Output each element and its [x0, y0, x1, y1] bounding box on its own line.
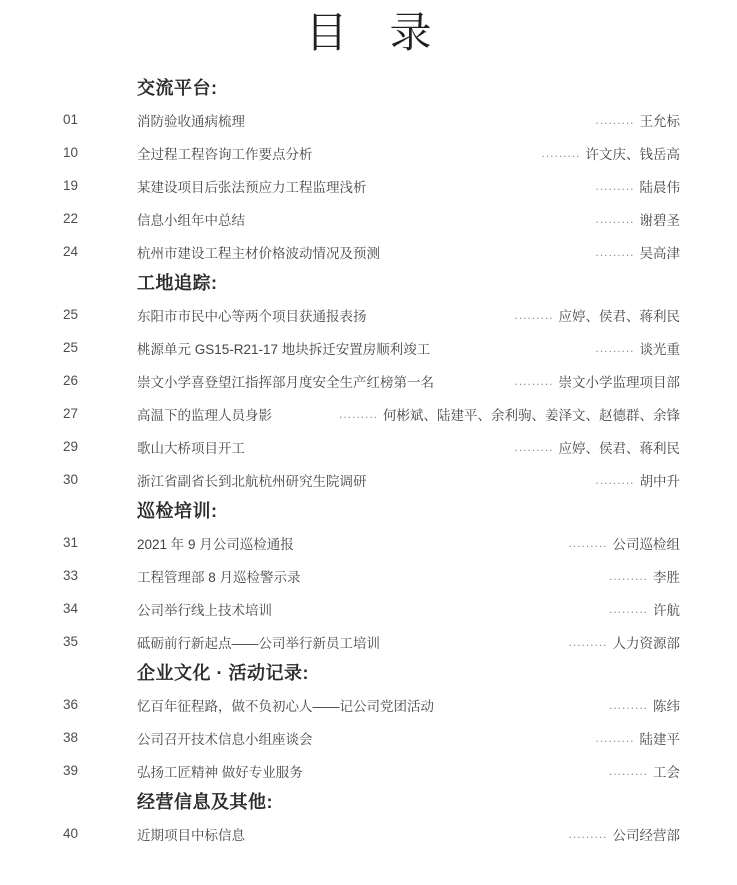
entry-page-number: 35	[63, 634, 137, 649]
entry-authors: 何彬斌、陆建平、余利驹、姜泽文、赵德群、余锋	[383, 404, 680, 424]
entry-title: 近期项目中标信息	[137, 824, 245, 844]
toc-page: 目 录 交流平台: 01 消防验收通病梳理 ......... 王允标 10 全…	[0, 0, 737, 885]
toc-entry: 19 某建设项目后张法预应力工程监理浅析 ......... 陆晨伟	[63, 169, 680, 202]
entry-authors: 陆晨伟	[640, 176, 681, 196]
toc-entry: 01 消防验收通病梳理 ......... 王允标	[63, 103, 680, 136]
entry-title: 崇文小学喜登望江指挥部月度安全生产红榜第一名	[137, 371, 434, 391]
toc-entry: 29 歌山大桥项目开工 ......... 应婷、侯君、蒋利民	[63, 430, 680, 463]
toc-entry: 27 高温下的监理人员身影 ......... 何彬斌、陆建平、余利驹、姜泽文、…	[63, 397, 680, 430]
leader-dots: .........	[595, 245, 634, 259]
toc-section-inspection-training: 巡检培训: 31 2021 年 9 月公司巡检通报 ......... 公司巡检…	[63, 496, 680, 658]
leader-dots: .........	[609, 602, 648, 616]
entry-authors: 公司经营部	[613, 824, 681, 844]
entry-authors: 应婷、侯君、蒋利民	[559, 437, 681, 457]
entry-page-number: 24	[63, 244, 137, 259]
entry-title: 浙江省副省长到北航杭州研究生院调研	[137, 470, 367, 490]
entry-authors: 王允标	[640, 110, 681, 130]
entry-page-number: 19	[63, 178, 137, 193]
section-header: 交流平台:	[63, 73, 680, 103]
entry-title: 信息小组年中总结	[137, 209, 245, 229]
toc-entry: 10 全过程工程咨询工作要点分析 ......... 许文庆、钱岳高	[63, 136, 680, 169]
toc-entry: 25 东阳市市民中心等两个项目获通报表扬 ......... 应婷、侯君、蒋利民	[63, 298, 680, 331]
entry-authors: 许航	[653, 599, 680, 619]
entry-title: 忆百年征程路，做不负初心人——记公司党团活动	[137, 695, 434, 715]
entry-title: 公司召开技术信息小组座谈会	[137, 728, 313, 748]
entry-title: 东阳市市民中心等两个项目获通报表扬	[137, 305, 367, 325]
leader-dots: .........	[609, 764, 648, 778]
entry-title: 某建设项目后张法预应力工程监理浅析	[137, 176, 367, 196]
leader-dots: .........	[514, 374, 553, 388]
entry-title: 2021 年 9 月公司巡检通报	[137, 533, 294, 553]
entry-authors: 陈纬	[653, 695, 680, 715]
toc-entry: 22 信息小组年中总结 ......... 谢碧圣	[63, 202, 680, 235]
entry-page-number: 33	[63, 568, 137, 583]
entry-authors: 许文庆、钱岳高	[586, 143, 681, 163]
toc-entry: 38 公司召开技术信息小组座谈会 ......... 陆建平	[63, 721, 680, 754]
leader-dots: .........	[339, 407, 378, 421]
entry-title: 全过程工程咨询工作要点分析	[137, 143, 313, 163]
section-header: 工地追踪:	[63, 268, 680, 298]
entry-authors: 吴高津	[640, 242, 681, 262]
toc-entry: 26 崇文小学喜登望江指挥部月度安全生产红榜第一名 ......... 崇文小学…	[63, 364, 680, 397]
toc-entry: 25 桃源单元 GS15-R21-17 地块拆迁安置房顺利竣工 ........…	[63, 331, 680, 364]
leader-dots: .........	[541, 146, 580, 160]
toc-entry: 36 忆百年征程路，做不负初心人——记公司党团活动 ......... 陈纬	[63, 688, 680, 721]
toc-section-exchange-platform: 交流平台: 01 消防验收通病梳理 ......... 王允标 10 全过程工程…	[63, 73, 680, 268]
entry-page-number: 01	[63, 112, 137, 127]
entry-title: 杭州市建设工程主材价格波动情况及预测	[137, 242, 380, 262]
entry-authors: 工会	[653, 761, 680, 781]
entry-page-number: 40	[63, 826, 137, 841]
toc-entry: 30 浙江省副省长到北航杭州研究生院调研 ......... 胡中升	[63, 463, 680, 496]
entry-title: 桃源单元 GS15-R21-17 地块拆迁安置房顺利竣工	[137, 338, 430, 358]
entry-page-number: 39	[63, 763, 137, 778]
entry-authors: 胡中升	[640, 470, 681, 490]
section-header: 企业文化 · 活动记录:	[63, 658, 680, 688]
toc-entry: 34 公司举行线上技术培训 ......... 许航	[63, 592, 680, 625]
page-title: 目 录	[0, 0, 737, 60]
entry-authors: 谢碧圣	[640, 209, 681, 229]
toc-entry: 35 砥砺前行新起点——公司举行新员工培训 ......... 人力资源部	[63, 625, 680, 658]
entry-authors: 人力资源部	[613, 632, 681, 652]
entry-page-number: 31	[63, 535, 137, 550]
entry-authors: 崇文小学监理项目部	[559, 371, 681, 391]
entry-title: 砥砺前行新起点——公司举行新员工培训	[137, 632, 380, 652]
entry-page-number: 30	[63, 472, 137, 487]
section-header: 巡检培训:	[63, 496, 680, 526]
entry-page-number: 25	[63, 340, 137, 355]
entry-authors: 陆建平	[640, 728, 681, 748]
entry-authors: 公司巡检组	[613, 533, 681, 553]
leader-dots: .........	[568, 827, 607, 841]
leader-dots: .........	[568, 536, 607, 550]
entry-page-number: 38	[63, 730, 137, 745]
leader-dots: .........	[595, 179, 634, 193]
leader-dots: .........	[595, 731, 634, 745]
section-header: 经营信息及其他:	[63, 787, 680, 817]
leader-dots: .........	[595, 473, 634, 487]
leader-dots: .........	[609, 698, 648, 712]
entry-title: 高温下的监理人员身影	[137, 404, 272, 424]
entry-page-number: 26	[63, 373, 137, 388]
leader-dots: .........	[595, 212, 634, 226]
entry-authors: 李胜	[653, 566, 680, 586]
entry-page-number: 36	[63, 697, 137, 712]
toc-entry: 31 2021 年 9 月公司巡检通报 ......... 公司巡检组	[63, 526, 680, 559]
entry-title: 工程管理部 8 月巡检警示录	[137, 566, 301, 586]
toc-section-culture-activities: 企业文化 · 活动记录: 36 忆百年征程路，做不负初心人——记公司党团活动 .…	[63, 658, 680, 787]
leader-dots: .........	[595, 113, 634, 127]
toc-section-site-tracking: 工地追踪: 25 东阳市市民中心等两个项目获通报表扬 ......... 应婷、…	[63, 268, 680, 496]
leader-dots: .........	[609, 569, 648, 583]
entry-page-number: 10	[63, 145, 137, 160]
entry-title: 歌山大桥项目开工	[137, 437, 245, 457]
toc-section-business-info: 经营信息及其他: 40 近期项目中标信息 ......... 公司经营部	[63, 787, 680, 850]
entry-title: 公司举行线上技术培训	[137, 599, 272, 619]
leader-dots: .........	[568, 635, 607, 649]
entry-page-number: 25	[63, 307, 137, 322]
table-of-contents: 交流平台: 01 消防验收通病梳理 ......... 王允标 10 全过程工程…	[63, 73, 680, 850]
leader-dots: .........	[514, 440, 553, 454]
entry-authors: 应婷、侯君、蒋利民	[559, 305, 681, 325]
entry-page-number: 22	[63, 211, 137, 226]
entry-title: 消防验收通病梳理	[137, 110, 245, 130]
toc-entry: 40 近期项目中标信息 ......... 公司经营部	[63, 817, 680, 850]
entry-title: 弘扬工匠精神 做好专业服务	[137, 761, 303, 781]
leader-dots: .........	[514, 308, 553, 322]
toc-entry: 24 杭州市建设工程主材价格波动情况及预测 ......... 吴高津	[63, 235, 680, 268]
entry-page-number: 29	[63, 439, 137, 454]
leader-dots: .........	[595, 341, 634, 355]
entry-authors: 谈光重	[640, 338, 681, 358]
entry-page-number: 34	[63, 601, 137, 616]
entry-page-number: 27	[63, 406, 137, 421]
toc-entry: 33 工程管理部 8 月巡检警示录 ......... 李胜	[63, 559, 680, 592]
toc-entry: 39 弘扬工匠精神 做好专业服务 ......... 工会	[63, 754, 680, 787]
